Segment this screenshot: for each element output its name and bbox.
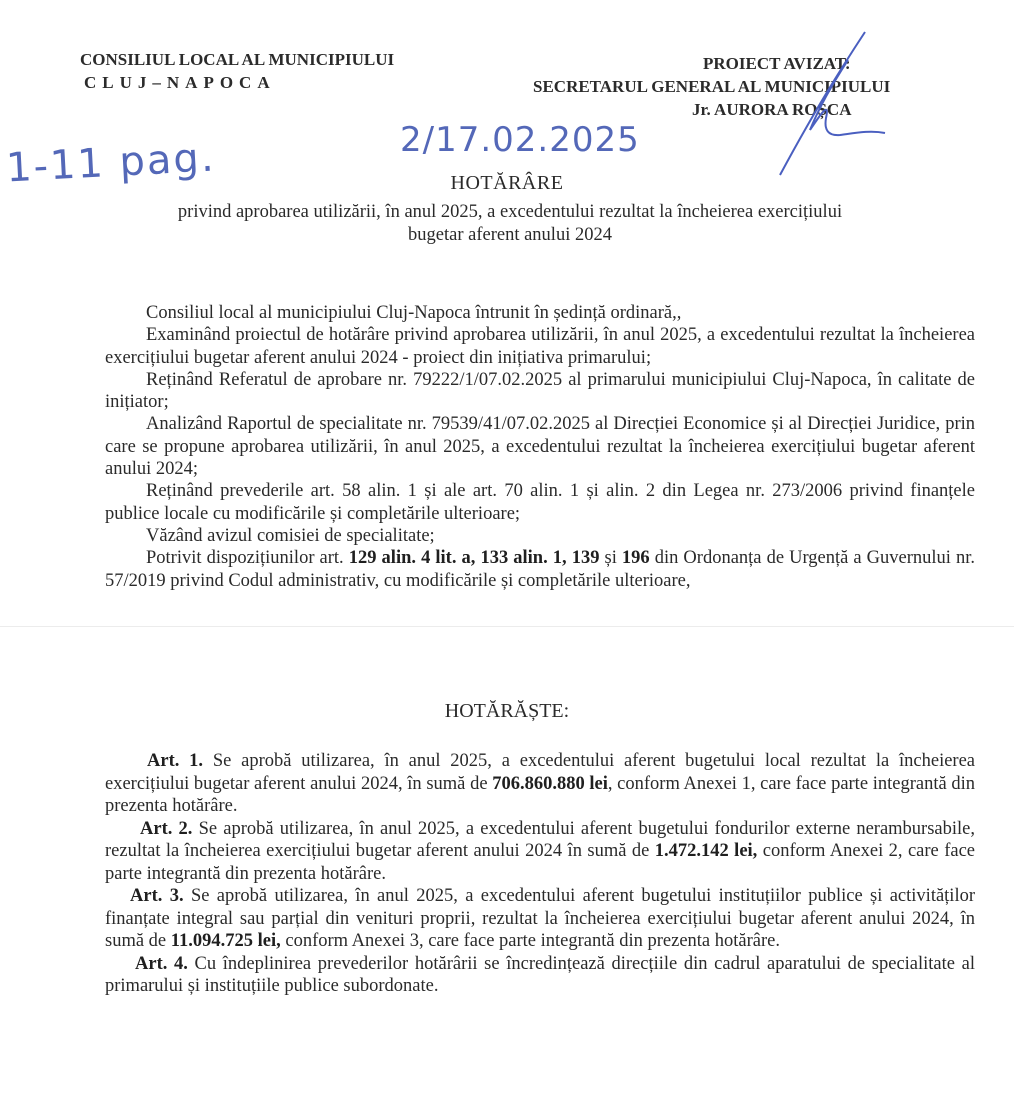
preamble-paragraph: Consiliul local al municipiului Cluj-Nap… bbox=[105, 302, 975, 324]
articles: Art. 1. Se aprobă utilizarea, în anul 20… bbox=[105, 750, 975, 998]
preamble-paragraph: Analizând Raportul de specialitate nr. 7… bbox=[105, 413, 975, 480]
article-4: Art. 4. Cu îndeplinirea prevederilor hot… bbox=[105, 953, 975, 998]
document-page: CONSILIUL LOCAL AL MUNICIPIULUI CLUJ–NAP… bbox=[0, 0, 1014, 1101]
article-text: conform Anexei 3, care face parte integr… bbox=[281, 931, 780, 951]
article-2: Art. 2. Se aprobă utilizarea, în anul 20… bbox=[105, 818, 975, 886]
legal-basis-articles: 196 bbox=[622, 548, 650, 568]
legal-basis-text: Potrivit dispozițiunilor art. bbox=[146, 548, 349, 568]
article-text: Cu îndeplinirea prevederilor hotărârii s… bbox=[105, 954, 975, 997]
handwritten-registration-number: 2/17.02.2025 bbox=[400, 120, 640, 160]
article-label: Art. 1. bbox=[147, 751, 203, 771]
article-label: Art. 4. bbox=[135, 954, 188, 974]
article-amount: 11.094.725 lei, bbox=[171, 931, 281, 951]
article-label: Art. 2. bbox=[140, 819, 192, 839]
preamble-paragraph: Văzând avizul comisiei de specialitate; bbox=[105, 525, 975, 547]
preamble-paragraph: Reținând Referatul de aprobare nr. 79222… bbox=[105, 369, 975, 414]
preamble-paragraph: Examinând proiectul de hotărâre privind … bbox=[105, 324, 975, 369]
scan-fold-line bbox=[0, 626, 1014, 627]
institution-city: CLUJ–NAPOCA bbox=[80, 71, 394, 94]
article-3: Art. 3. Se aprobă utilizarea, în anul 20… bbox=[105, 885, 975, 953]
article-amount: 1.472.142 lei, bbox=[655, 841, 758, 861]
issuing-institution: CONSILIUL LOCAL AL MUNICIPIULUI CLUJ–NAP… bbox=[80, 48, 394, 94]
article-label: Art. 3. bbox=[130, 886, 184, 906]
institution-line1: CONSILIUL LOCAL AL MUNICIPIULUI bbox=[80, 48, 394, 71]
article-1: Art. 1. Se aprobă utilizarea, în anul 20… bbox=[105, 750, 975, 818]
article-amount: 706.860.880 lei bbox=[492, 774, 608, 794]
document-subtitle: privind aprobarea utilizării, în anul 20… bbox=[150, 201, 870, 247]
decision-heading: HOTĂRĂȘTE: bbox=[0, 700, 1014, 723]
preamble: Consiliul local al municipiului Cluj-Nap… bbox=[105, 302, 975, 592]
legal-basis-text: și bbox=[599, 548, 621, 568]
legal-basis-paragraph: Potrivit dispozițiunilor art. 129 alin. … bbox=[105, 547, 975, 592]
legal-basis-articles: 129 alin. 4 lit. a, 133 alin. 1, bbox=[349, 548, 567, 568]
preamble-paragraph: Reținând prevederile art. 58 alin. 1 și … bbox=[105, 480, 975, 525]
document-title: HOTĂRÂRE bbox=[0, 172, 1014, 195]
signature-icon bbox=[720, 0, 920, 190]
legal-basis-articles: 139 bbox=[572, 548, 600, 568]
